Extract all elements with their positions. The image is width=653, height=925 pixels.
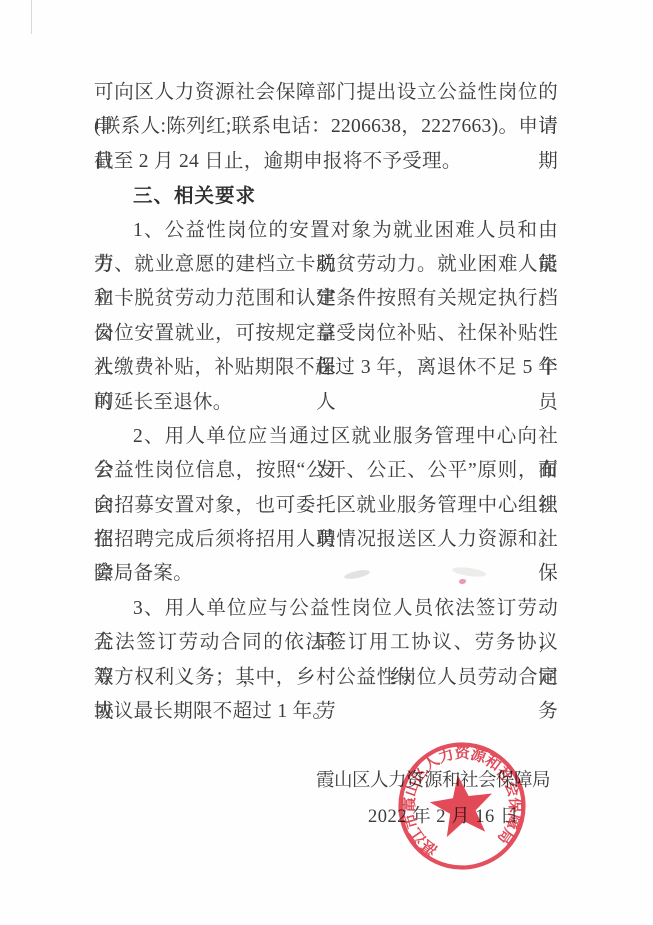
official-seal: 湛江市霞山区人力资源和社会保障局 xyxy=(377,721,546,890)
seal-group: 湛江市霞山区人力资源和社会保障局 xyxy=(391,735,532,875)
document-body: 可向区人力资源社会保障部门提出设立公益性岗位的申请(联系人:陈列红;联系电话：2… xyxy=(94,76,558,729)
document-line: 2、用人单位应当通过区就业服务管理中心向社会发布 xyxy=(94,420,558,454)
document-line: 岗位安置就业，可按规定享受岗位补贴、社保补贴、社保个 xyxy=(94,317,558,351)
document-line: 1、公益性岗位的安置对象为就业困难人员和由劳动能 xyxy=(94,214,558,248)
document-line: 会招募安置对象，也可委托区就业服务管理中心组织招聘。 xyxy=(94,489,558,523)
scan-artifact-line xyxy=(31,0,32,34)
document-line: 无法签订劳动合同的依法签订用工协议、劳务协议等，约定 xyxy=(94,626,558,660)
document-line: 在招聘完成后须将招用人员情况报送区人力资源和社会保 xyxy=(94,523,558,557)
document-line: 3、用人单位应与公益性岗位人员依法签订劳动合同， xyxy=(94,592,558,626)
document-line: 三、相关要求 xyxy=(94,179,558,213)
document-page: 可向区人力资源社会保障部门提出设立公益性岗位的申请(联系人:陈列红;联系电话：2… xyxy=(0,0,653,925)
document-line: 立卡脱贫劳动力范围和认定条件按照有关规定执行。公益性 xyxy=(94,282,558,316)
document-line: (联系人:陈列红;联系电话：2206638，2227663)。申请日期 xyxy=(94,110,558,144)
document-line: 人缴费补贴，补贴期限不超过 3 年，离退休不足 5 年的人员 xyxy=(94,351,558,385)
star-icon xyxy=(427,771,497,839)
document-line: 力、就业意愿的建档立卡脱贫劳动力。就业困难人员和建档 xyxy=(94,248,558,282)
document-line: 双方权利义务；其中，乡村公益性岗位人员劳动合同或劳务 xyxy=(94,661,558,695)
document-line: 公益性岗位信息，按照“公开、公正、公平”原则，面向社 xyxy=(94,454,558,488)
document-line: 可向区人力资源社会保障部门提出设立公益性岗位的申请 xyxy=(94,76,558,110)
